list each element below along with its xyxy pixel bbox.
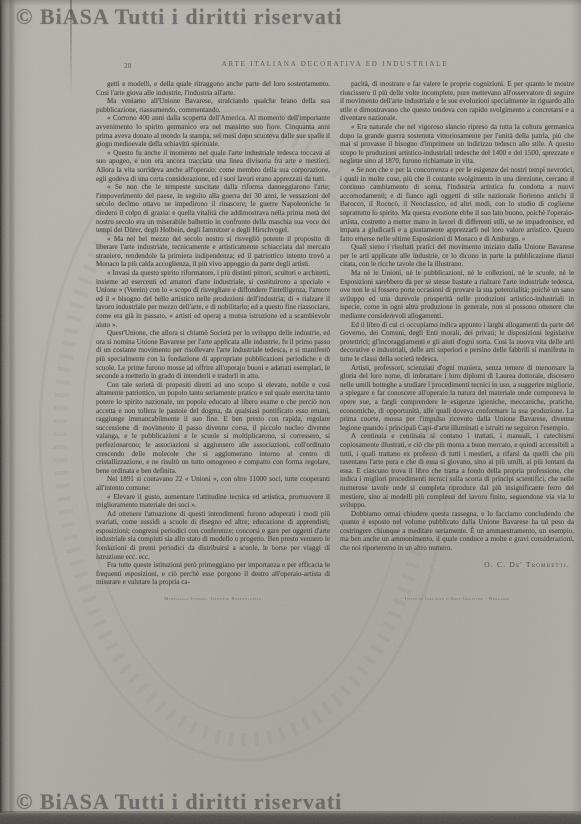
paragraph: A centinaia e centinaia si contano i tra… bbox=[340, 432, 574, 509]
footer-printer-imprint: Istituto Italiano d'Arti Grafiche - Berg… bbox=[340, 596, 574, 601]
imprint-footers: Meregalli Isidoro, Gerente Responsabile … bbox=[96, 596, 574, 601]
paragraph: Ma nè le Unioni, nè le pubblicazioni, nè… bbox=[340, 269, 574, 321]
paragraph: Quali sieno i risultati pratici del movi… bbox=[340, 243, 574, 269]
paragraph: Ad ottenere l'attuazione di questi inten… bbox=[96, 510, 330, 562]
paragraph: Ed il libro di cui ci occupiamo indica a… bbox=[340, 321, 574, 364]
paragraph: Quest'Unione, che allora si chiamò Socie… bbox=[96, 329, 330, 381]
paragraph: getti e modelli, e della quale ritraggon… bbox=[96, 80, 330, 97]
book-gutter-shadow bbox=[0, 0, 34, 824]
paragraph: « Se non che le tempeste suscitate dalla… bbox=[96, 183, 330, 235]
left-column-text: getti e modelli, e della quale ritraggon… bbox=[96, 80, 330, 587]
page-header: 28 ARTE ITALIANA DECORATIVA ED INDUSTRIA… bbox=[96, 58, 574, 73]
right-column: pacità, di mostrare e far valere le prop… bbox=[340, 80, 574, 587]
paragraph: « Corrono 400 anni dalla scoperta dell'A… bbox=[96, 114, 330, 148]
journal-title: ARTE ITALIANA DECORATIVA ED INDUSTRIALE bbox=[96, 58, 574, 68]
paragraph: « Se non che e per la concorrenza e per … bbox=[340, 166, 574, 243]
paragraph: « Ma nel bel mezzo del secolo nostro si … bbox=[96, 235, 330, 269]
paragraph: pacità, di mostrare e far valere le prop… bbox=[340, 80, 574, 123]
biasa-watermark-top: © BiASA Tutti i diritti riservati bbox=[16, 4, 342, 30]
paragraph: Ma veniamo all'Unione Bavarese, stralcia… bbox=[96, 97, 330, 114]
paragraph: « Invasi da questo spirito riformatore, … bbox=[96, 269, 330, 329]
paragraph: Nel 1891 si contavano 22 « Unioni », con… bbox=[96, 475, 330, 492]
left-column: getti e modelli, e della quale ritraggon… bbox=[96, 80, 330, 587]
paragraph: « Questo fu anche il momento nel quale l… bbox=[96, 149, 330, 183]
document-page: 28 ARTE ITALIANA DECORATIVA ED INDUSTRIA… bbox=[96, 58, 574, 601]
footer-gerente-responsabile: Meregalli Isidoro, Gerente Responsabile bbox=[96, 596, 330, 601]
paragraph: Artisti, professori, scienziati d'ogni m… bbox=[340, 364, 574, 433]
paragraph: Fra tutte queste istituzioni però primeg… bbox=[96, 561, 330, 587]
page-number: 28 bbox=[124, 61, 132, 70]
author-signature: O. C. De' Trombetti. bbox=[340, 560, 574, 569]
paragraph: Dobbiamo ormai chiudere questa rassegna,… bbox=[340, 510, 574, 553]
right-column-text: pacità, di mostrare e far valere le prop… bbox=[340, 80, 574, 553]
two-column-text-body: getti e modelli, e della quale ritraggon… bbox=[96, 80, 574, 587]
bottom-scan-band bbox=[0, 813, 581, 824]
paragraph: Con tale serietà di propositi diretti ad… bbox=[96, 381, 330, 476]
paragraph: « Elevare il gusto, aumentare l'attitudi… bbox=[96, 493, 330, 510]
paragraph: « Era naturale che nel vigoroso slancio … bbox=[340, 123, 574, 166]
